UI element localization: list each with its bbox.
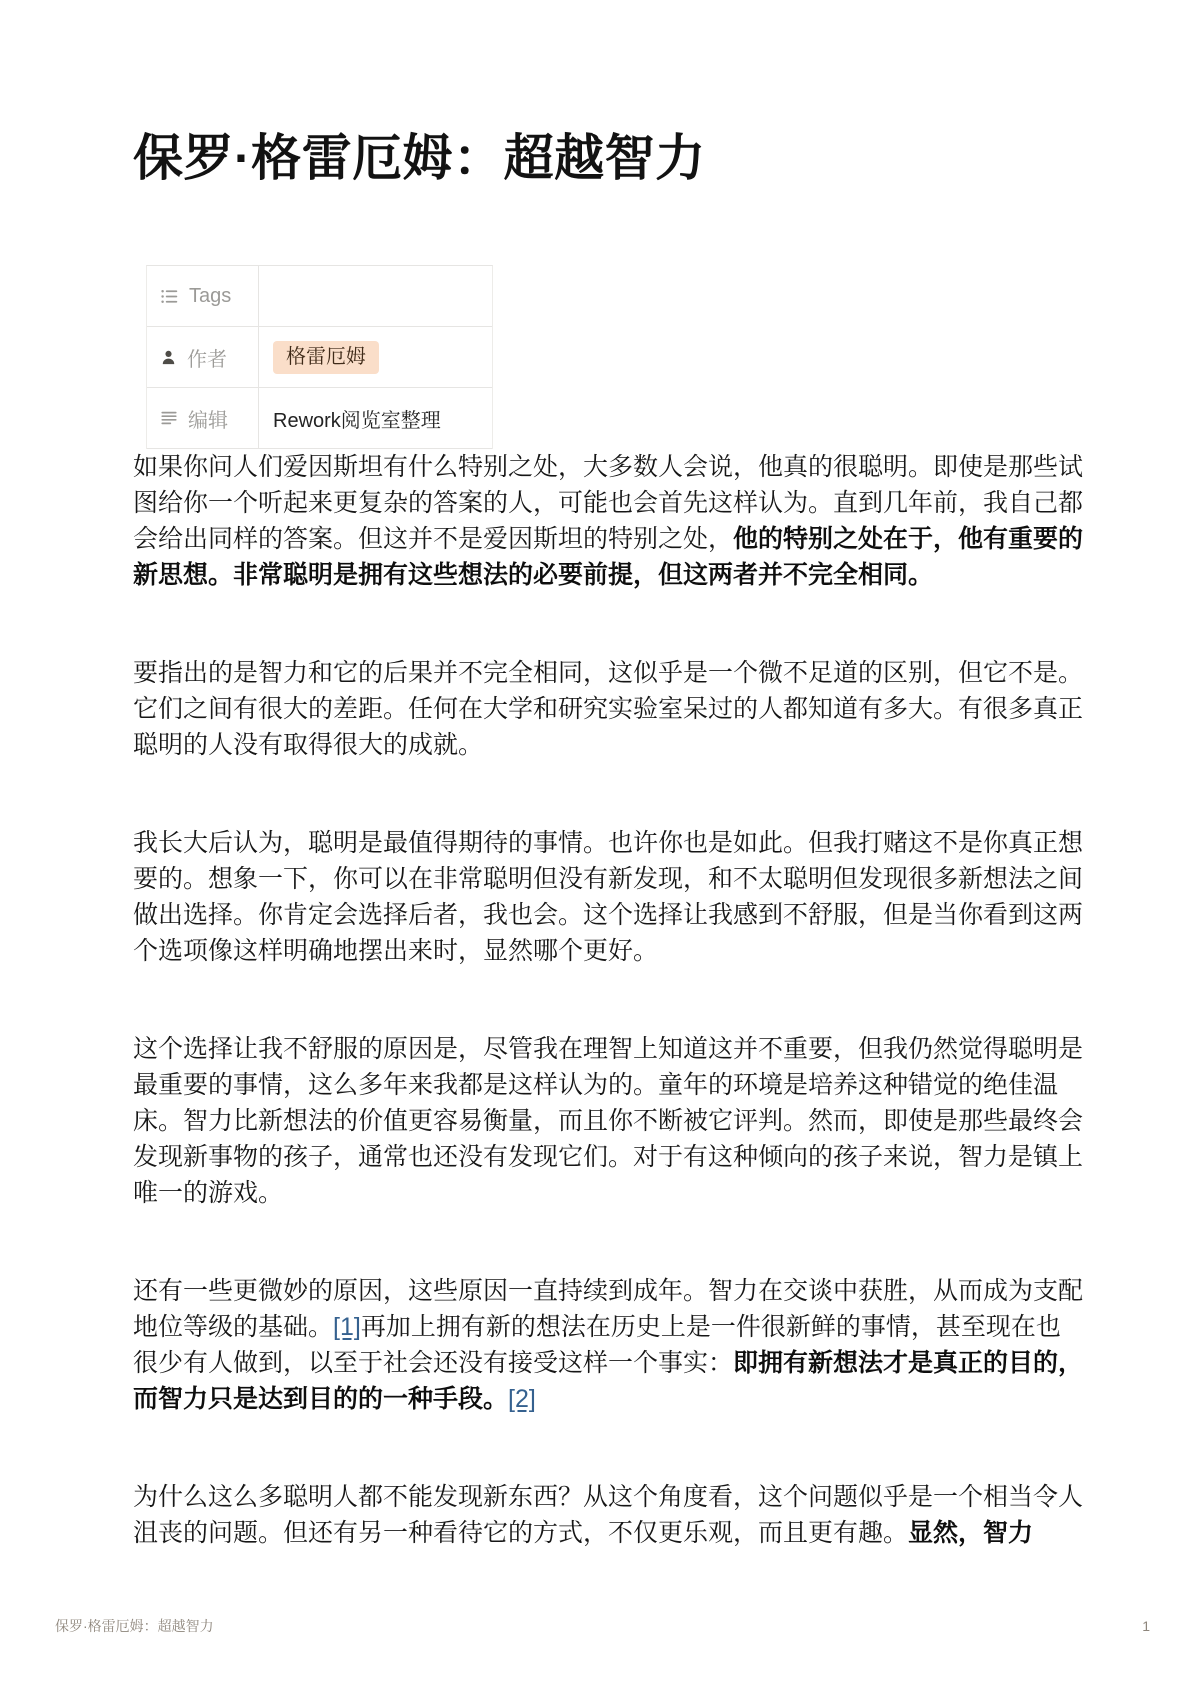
- page-footer: 保罗·格雷厄姆：超越智力 1: [55, 1616, 1150, 1636]
- property-label-tags: Tags: [147, 266, 259, 326]
- properties-table: Tags 作者 格雷厄姆: [146, 265, 493, 449]
- text-run: 这个选择让我不舒服的原因是，尽管我在理智上知道这并不重要，但我仍然觉得聪明是最重…: [133, 1035, 1083, 1207]
- property-value-editor: Rework阅览室整理: [259, 388, 492, 448]
- property-label-editor: 编辑: [147, 388, 259, 448]
- property-value-tags: [259, 266, 492, 326]
- text-run: 我长大后认为，聪明是最值得期待的事情。也许你也是如此。但我打赌这不是你真正想要的…: [133, 829, 1083, 965]
- property-row-author: 作者 格雷厄姆: [147, 327, 492, 388]
- person-icon: [160, 349, 177, 366]
- paragraph: 要指出的是智力和它的后果并不完全相同，这似乎是一个微不足道的区别，但它不是。它们…: [133, 655, 1085, 763]
- property-label-text: Tags: [189, 285, 231, 308]
- paragraph: 如果你问人们爱因斯坦有什么特别之处，大多数人会说，他真的很聪明。即使是那些试图给…: [133, 449, 1085, 593]
- author-tag: 格雷厄姆: [273, 341, 379, 374]
- bold-text: 显然，智力: [908, 1519, 1033, 1547]
- page-content: 保罗·格雷厄姆：超越智力: [133, 128, 1085, 1551]
- footnote-link[interactable]: [2]: [508, 1385, 536, 1413]
- list-icon: [160, 287, 179, 306]
- paragraph: 我长大后认为，聪明是最值得期待的事情。也许你也是如此。但我打赌这不是你真正想要的…: [133, 825, 1085, 969]
- footer-document-title: 保罗·格雷厄姆：超越智力: [55, 1616, 214, 1636]
- property-label-author: 作者: [147, 327, 259, 387]
- article-body: 如果你问人们爱因斯坦有什么特别之处，大多数人会说，他真的很聪明。即使是那些试图给…: [133, 449, 1085, 1551]
- footnote-link[interactable]: [1]: [333, 1313, 361, 1341]
- footer-page-number: 1: [1142, 1616, 1150, 1636]
- property-row-tags: Tags: [147, 266, 492, 327]
- property-label-text: 作者: [187, 343, 227, 372]
- document-page: 保罗·格雷厄姆：超越智力: [0, 0, 1200, 1698]
- property-label-text: 编辑: [188, 404, 228, 433]
- text-lines-icon: [160, 409, 178, 427]
- paragraph: 为什么这么多聪明人都不能发现新东西？从这个角度看，这个问题似乎是一个相当令人沮丧…: [133, 1479, 1085, 1551]
- text-run: 要指出的是智力和它的后果并不完全相同，这似乎是一个微不足道的区别，但它不是。它们…: [133, 659, 1083, 759]
- paragraph: 还有一些更微妙的原因，这些原因一直持续到成年。智力在交谈中获胜，从而成为支配地位…: [133, 1273, 1085, 1417]
- page-title: 保罗·格雷厄姆：超越智力: [133, 128, 1085, 188]
- property-row-editor: 编辑 Rework阅览室整理: [147, 388, 492, 449]
- property-value-author: 格雷厄姆: [259, 327, 492, 387]
- paragraph: 这个选择让我不舒服的原因是，尽管我在理智上知道这并不重要，但我仍然觉得聪明是最重…: [133, 1031, 1085, 1211]
